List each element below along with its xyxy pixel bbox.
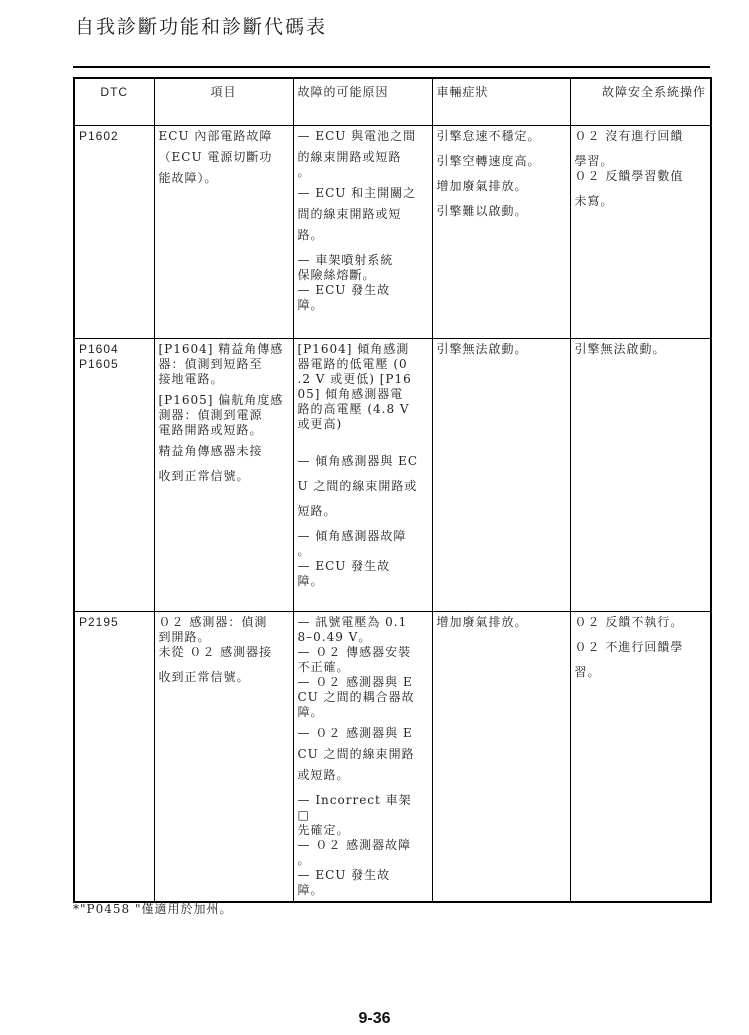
header-rule: [73, 66, 710, 68]
failsafe-cell: ０２ 反饋不執行。 ０２ 不進行回饋學 習。: [570, 612, 711, 903]
item-cell: ECU 內部電路故障 （ECU 電源切斷功 能故障）。: [154, 126, 293, 339]
symptom-cell: 引擎無法啟動。: [432, 339, 570, 612]
symptom-cell: 引擎怠速不穩定。 引擎空轉速度高。 增加廢氣排放。 引擎難以啟動。: [432, 126, 570, 339]
dtc-code-cell: P1604 P1605: [74, 339, 154, 612]
header-failsafe: 故障安全系統操作: [570, 78, 711, 126]
header-item: 項目: [154, 78, 293, 126]
header-cause: 故障的可能原因: [293, 78, 432, 126]
cause-cell: [P1604] 傾角感測 器電路的低電壓 (0 .2 V 或更低) [P16 0…: [293, 339, 432, 612]
table-row: P2195 ０２ 感測器：偵測 到開路。 未從 ０２ 感測器接 收到正常信號。 …: [74, 612, 711, 903]
item-cell: [P1604] 精益角傳感 器：偵測到短路至 接地電路。 [P1605] 偏航角…: [154, 339, 293, 612]
dtc-code-cell: P1602: [74, 126, 154, 339]
diagnostic-code-table: DTC 項目 故障的可能原因 車輛症狀 故障安全系統操作 P1602 ECU 內…: [73, 77, 712, 903]
page-number: 9-36: [0, 1010, 749, 1028]
cause-cell: — 訊號電壓為 0.1 8–0.49 V。 — ０２ 傳感器安裝 不正確。 — …: [293, 612, 432, 903]
dtc-code-cell: P2195: [74, 612, 154, 903]
item-cell: ０２ 感測器：偵測 到開路。 未從 ０２ 感測器接 收到正常信號。: [154, 612, 293, 903]
cause-cell: — ECU 與電池之間 的線束開路或短路 。 — ECU 和主開關之 間的線束開…: [293, 126, 432, 339]
footnote: *"P0458 "僅適用於加州。: [73, 900, 232, 917]
failsafe-cell: 引擎無法啟動。: [570, 339, 711, 612]
page-title: 自我診斷功能和診斷代碼表: [75, 12, 327, 39]
failsafe-cell: ０２ 沒有進行回饋 學習。 ０２ 反饋學習數值 未寫。: [570, 126, 711, 339]
header-symptom: 車輛症狀: [432, 78, 570, 126]
table-row: P1602 ECU 內部電路故障 （ECU 電源切斷功 能故障）。 — ECU …: [74, 126, 711, 339]
symptom-cell: 增加廢氣排放。: [432, 612, 570, 903]
table-header-row: DTC 項目 故障的可能原因 車輛症狀 故障安全系統操作: [74, 78, 711, 126]
header-dtc: DTC: [74, 78, 154, 126]
table-row: P1604 P1605 [P1604] 精益角傳感 器：偵測到短路至 接地電路。…: [74, 339, 711, 612]
